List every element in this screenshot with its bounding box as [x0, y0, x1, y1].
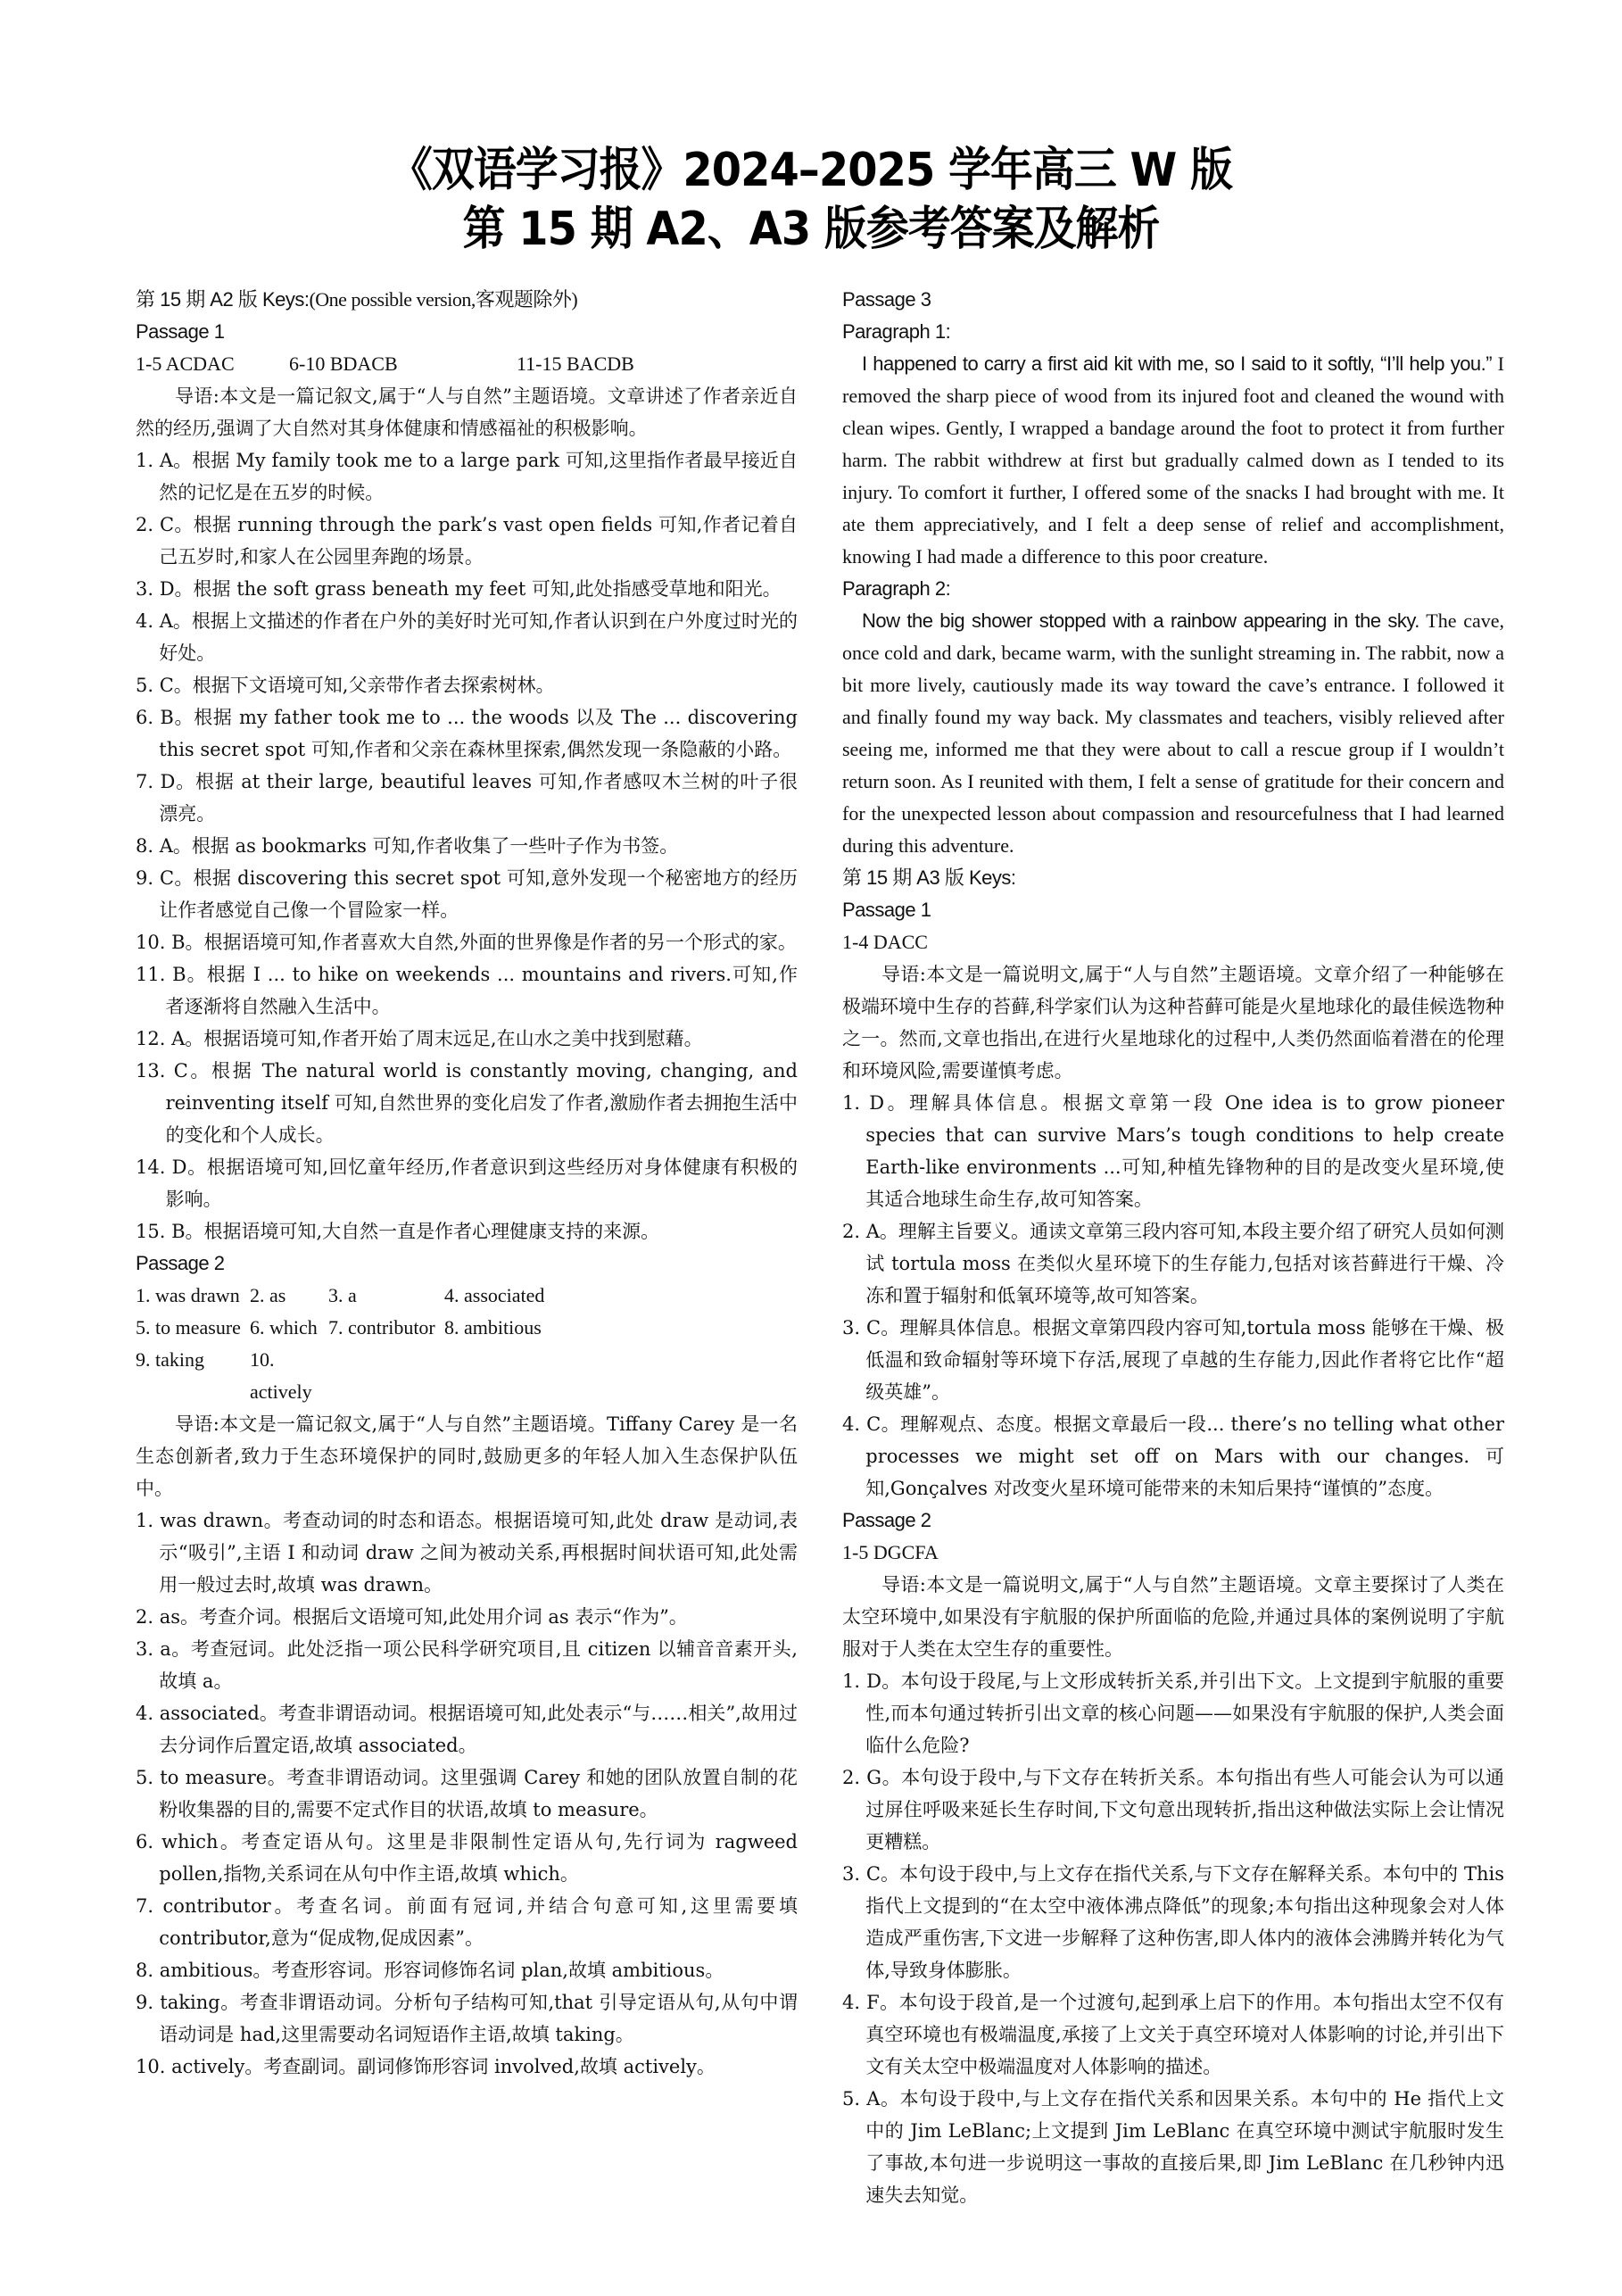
explanation-item: 5. A。本句设于段中,与上文存在指代关系和因果关系。本句中的 He 指代上文中…	[842, 2083, 1504, 2211]
explanation-item: 2. as。考查介词。根据后文语境可知,此处用介词 as 表示“作为”。	[136, 1601, 798, 1633]
a2-passage2-keys: 1. was drawn 2. as 3. a 4. associated 5.…	[136, 1280, 798, 1408]
a3-passage1-intro: 导语:本文是一篇说明文,属于“人与自然”主题语境。文章介绍了一种能够在极端环境中…	[842, 958, 1504, 1087]
title-line-2: 第 15 期 A2、A3 版参考答案及解析	[65, 200, 1558, 259]
explanation-item: 4. F。本句设于段首,是一个过渡句,起到承上启下的作用。本句指出太空不仅有真空…	[842, 1986, 1504, 2083]
key-answer: 10. actively	[250, 1344, 328, 1408]
a2-keys-heading: 第 15 期 A2 版 Keys:(One possible version,客…	[136, 284, 798, 316]
key-answer: 1. was drawn	[136, 1280, 250, 1312]
explanation-item: 2. C。根据 running through the park’s vast …	[136, 509, 798, 573]
a2-heading-note: (One possible version,客观题除外)	[309, 288, 577, 311]
explanation-item: 4. C。理解观点、态度。根据文章最后一段... there’s no tell…	[842, 1408, 1504, 1504]
key-answer: 7. contributor	[328, 1312, 444, 1344]
paragraph2-text: Now the big shower stopped with a rainbo…	[842, 605, 1504, 862]
key-group: 1-5 ACDAC	[136, 348, 289, 380]
key-answer: 5. to measure	[136, 1312, 250, 1344]
key-answer: 8. ambitious	[444, 1312, 578, 1344]
a3-passage2-intro: 导语:本文是一篇说明文,属于“人与自然”主题语境。文章主要探讨了人类在太空环境中…	[842, 1569, 1504, 1665]
explanation-item: 5. C。根据下文语境可知,父亲带作者去探索树林。	[136, 669, 798, 701]
right-column: Passage 3 Paragraph 1: I happened to car…	[842, 284, 1504, 2211]
title-line-1: 《双语学习报》2024–2025 学年高三 W 版	[65, 141, 1558, 200]
explanation-item: 9. C。根据 discovering this secret spot 可知,…	[136, 862, 798, 926]
explanation-item: 5. to measure。考查非谓语动词。这里强调 Carey 和她的团队放置…	[136, 1761, 798, 1826]
a2-passage1-keys: 1-5 ACDAC 6-10 BDACB 11-15 BACDB	[136, 348, 798, 380]
a2-passage2-label: Passage 2	[136, 1247, 798, 1280]
a2-passage3-label: Passage 3	[842, 284, 1504, 316]
paragraph1-text: I happened to carry a first aid kit with…	[842, 348, 1504, 573]
explanation-item: 7. contributor。考查名词。前面有冠词,并结合句意可知,这里需要填 …	[136, 1890, 798, 1954]
explanation-item: 11. B。根据 I ... to hike on weekends ... m…	[136, 958, 798, 1023]
paragraph2-body: The cave, once cold and dark, became war…	[842, 609, 1504, 857]
explanation-item: 1. D。理解具体信息。根据文章第一段 One idea is to grow …	[842, 1087, 1504, 1215]
explanation-item: 14. D。根据语境可知,回忆童年经历,作者意识到这些经历对身体健康有积极的影响…	[136, 1151, 798, 1215]
key-answer: 2. as	[250, 1280, 328, 1312]
explanation-item: 13. C。根据 The natural world is constantly…	[136, 1055, 798, 1151]
explanation-item: 6. which。考查定语从句。这里是非限制性定语从句,先行词为 ragweed…	[136, 1826, 798, 1890]
a3-keys-heading: 第 15 期 A3 版 Keys:	[842, 862, 1504, 894]
left-column: 第 15 期 A2 版 Keys:(One possible version,客…	[136, 284, 798, 2083]
explanation-item: 2. G。本句设于段中,与下文存在转折关系。本句指出有些人可能会认为可以通过屏住…	[842, 1761, 1504, 1858]
explanation-item: 8. A。根据 as bookmarks 可知,作者收集了一些叶子作为书签。	[136, 830, 798, 862]
explanation-item: 8. ambitious。考查形容词。形容词修饰名词 plan,故填 ambit…	[136, 1954, 798, 1986]
explanation-item: 10. actively。考查副词。副词修饰形容词 involved,故填 ac…	[136, 2051, 798, 2083]
explanation-item: 3. C。本句设于段中,与上文存在指代关系,与下文存在解释关系。本句中的 Thi…	[842, 1858, 1504, 1986]
explanation-item: 1. was drawn。考查动词的时态和语态。根据语境可知,此处 draw 是…	[136, 1504, 798, 1601]
explanation-item: 6. B。根据 my father took me to ... the woo…	[136, 701, 798, 766]
explanation-item: 9. taking。考查非谓语动词。分析句子结构可知,that 引导定语从句,从…	[136, 1986, 798, 2051]
a3-passage2-label: Passage 2	[842, 1504, 1504, 1537]
paragraph2-lead: Now the big shower stopped with a rainbo…	[862, 609, 1419, 632]
a3-passage1-label: Passage 1	[842, 894, 1504, 926]
a3-passage2-keys: 1-5 DGCFA	[842, 1537, 1504, 1569]
explanation-item: 4. associated。考查非谓语动词。根据语境可知,此处表示“与……相关”…	[136, 1697, 798, 1761]
explanation-item: 2. A。理解主旨要义。通读文章第三段内容可知,本段主要介绍了研究人员如何测试 …	[842, 1215, 1504, 1312]
a2-heading-text: 第 15 期 A2 版 Keys:	[136, 288, 309, 311]
key-answer: 9. taking	[136, 1344, 250, 1408]
explanation-item: 3. a。考查冠词。此处泛指一项公民科学研究项目,且 citizen 以辅音音素…	[136, 1633, 798, 1697]
explanation-item: 7. D。根据 at their large, beautiful leaves…	[136, 766, 798, 830]
explanation-item: 1. A。根据 My family took me to a large par…	[136, 444, 798, 509]
paragraph1-body: I removed the sharp piece of wood from i…	[842, 352, 1504, 568]
key-answer: 6. which	[250, 1312, 328, 1344]
explanation-item: 12. A。根据语境可知,作者开始了周末远足,在山水之美中找到慰藉。	[136, 1023, 798, 1055]
key-answer: 3. a	[328, 1280, 444, 1312]
explanation-item: 15. B。根据语境可知,大自然一直是作者心理健康支持的来源。	[136, 1215, 798, 1247]
key-answer: 4. associated	[444, 1280, 578, 1312]
a2-passage2-intro: 导语:本文是一篇记叙文,属于“人与自然”主题语境。Tiffany Carey 是…	[136, 1408, 798, 1504]
explanation-item: 10. B。根据语境可知,作者喜欢大自然,外面的世界像是作者的另一个形式的家。	[136, 926, 798, 958]
key-group: 11-15 BACDB	[517, 348, 634, 380]
explanation-item: 4. A。根据上文描述的作者在户外的美好时光可知,作者认识到在户外度过时光的好处…	[136, 605, 798, 669]
document-title: 《双语学习报》2024–2025 学年高三 W 版 第 15 期 A2、A3 版…	[65, 141, 1558, 259]
explanation-item: 3. D。根据 the soft grass beneath my feet 可…	[136, 573, 798, 605]
paragraph1-lead: I happened to carry a first aid kit with…	[862, 352, 1492, 375]
key-group: 6-10 BDACB	[289, 348, 517, 380]
paragraph2-label: Paragraph 2:	[842, 573, 1504, 605]
explanation-item: 1. D。本句设于段尾,与上文形成转折关系,并引出下文。上文提到宇航服的重要性,…	[842, 1665, 1504, 1761]
paragraph1-label: Paragraph 1:	[842, 316, 1504, 348]
a3-passage1-keys: 1-4 DACC	[842, 926, 1504, 958]
a2-passage1-intro: 导语:本文是一篇记叙文,属于“人与自然”主题语境。文章讲述了作者亲近自然的经历,…	[136, 380, 798, 444]
explanation-item: 3. C。理解具体信息。根据文章第四段内容可知,tortula moss 能够在…	[842, 1312, 1504, 1408]
a2-passage1-label: Passage 1	[136, 316, 798, 348]
